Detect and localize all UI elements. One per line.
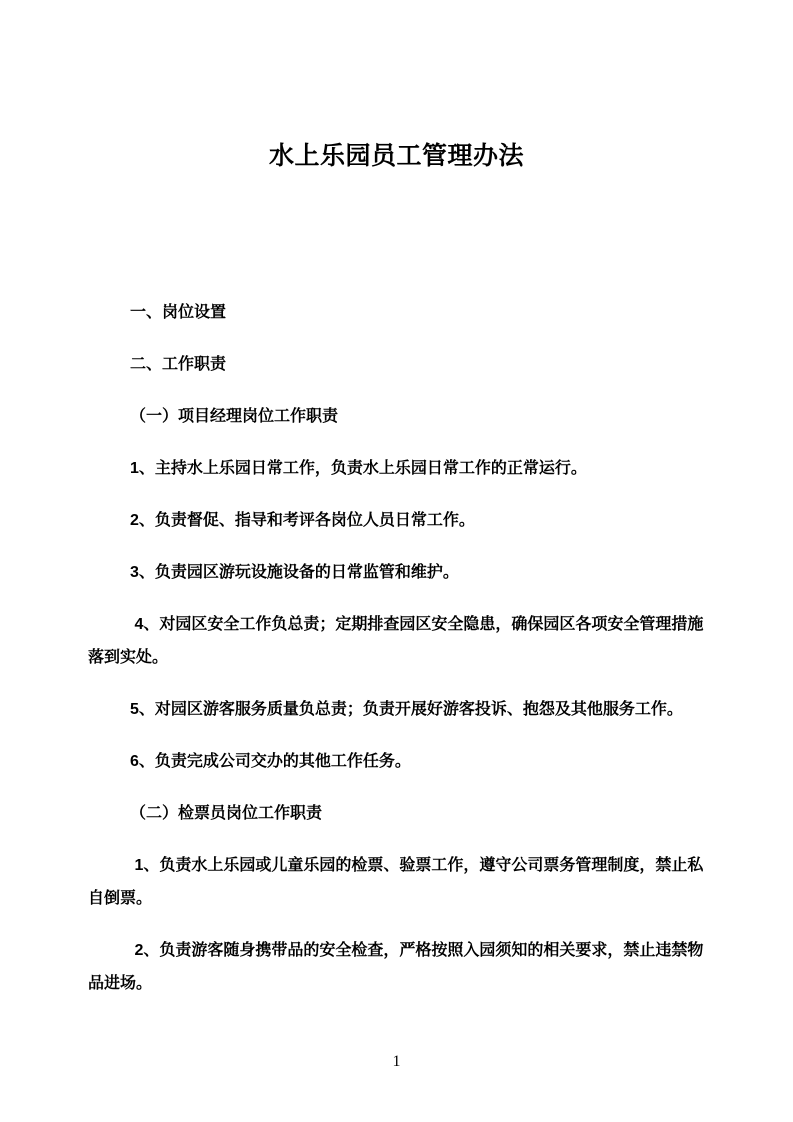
paragraph: （二）检票员岗位工作职责 [88,797,710,830]
paragraph: 1、主持水上乐园日常工作，负责水上乐园日常工作的正常运行。 [88,452,710,485]
page-number: 1 [0,1052,793,1072]
paragraph: 6、负责完成公司交办的其他工作任务。 [88,745,710,778]
document-body: 一、岗位设置二、工作职责（一）项目经理岗位工作职责1、主持水上乐园日常工作，负责… [88,296,710,1000]
paragraph: 二、工作职责 [88,348,710,381]
paragraph: 5、对园区游客服务质量负总责；负责开展好游客投诉、抱怨及其他服务工作。 [88,693,710,726]
paragraph: （一）项目经理岗位工作职责 [88,400,710,433]
paragraph: 3、负责园区游玩设施设备的日常监管和维护。 [88,556,710,589]
paragraph: 2、负责游客随身携带品的安全检查，严格按照入园须知的相关要求，禁止违禁物品进场。 [88,934,710,1000]
document-title: 水上乐园员工管理办法 [0,0,793,172]
paragraph: 2、负责督促、指导和考评各岗位人员日常工作。 [88,504,710,537]
paragraph: 1、负责水上乐园或儿童乐园的检票、验票工作，遵守公司票务管理制度，禁止私自倒票。 [88,849,710,915]
paragraph: 4、对园区安全工作负总责；定期排查园区安全隐患，确保园区各项安全管理措施落到实处… [88,608,710,674]
document-page: 水上乐园员工管理办法 一、岗位设置二、工作职责（一）项目经理岗位工作职责1、主持… [0,0,793,1122]
paragraph: 一、岗位设置 [88,296,710,329]
